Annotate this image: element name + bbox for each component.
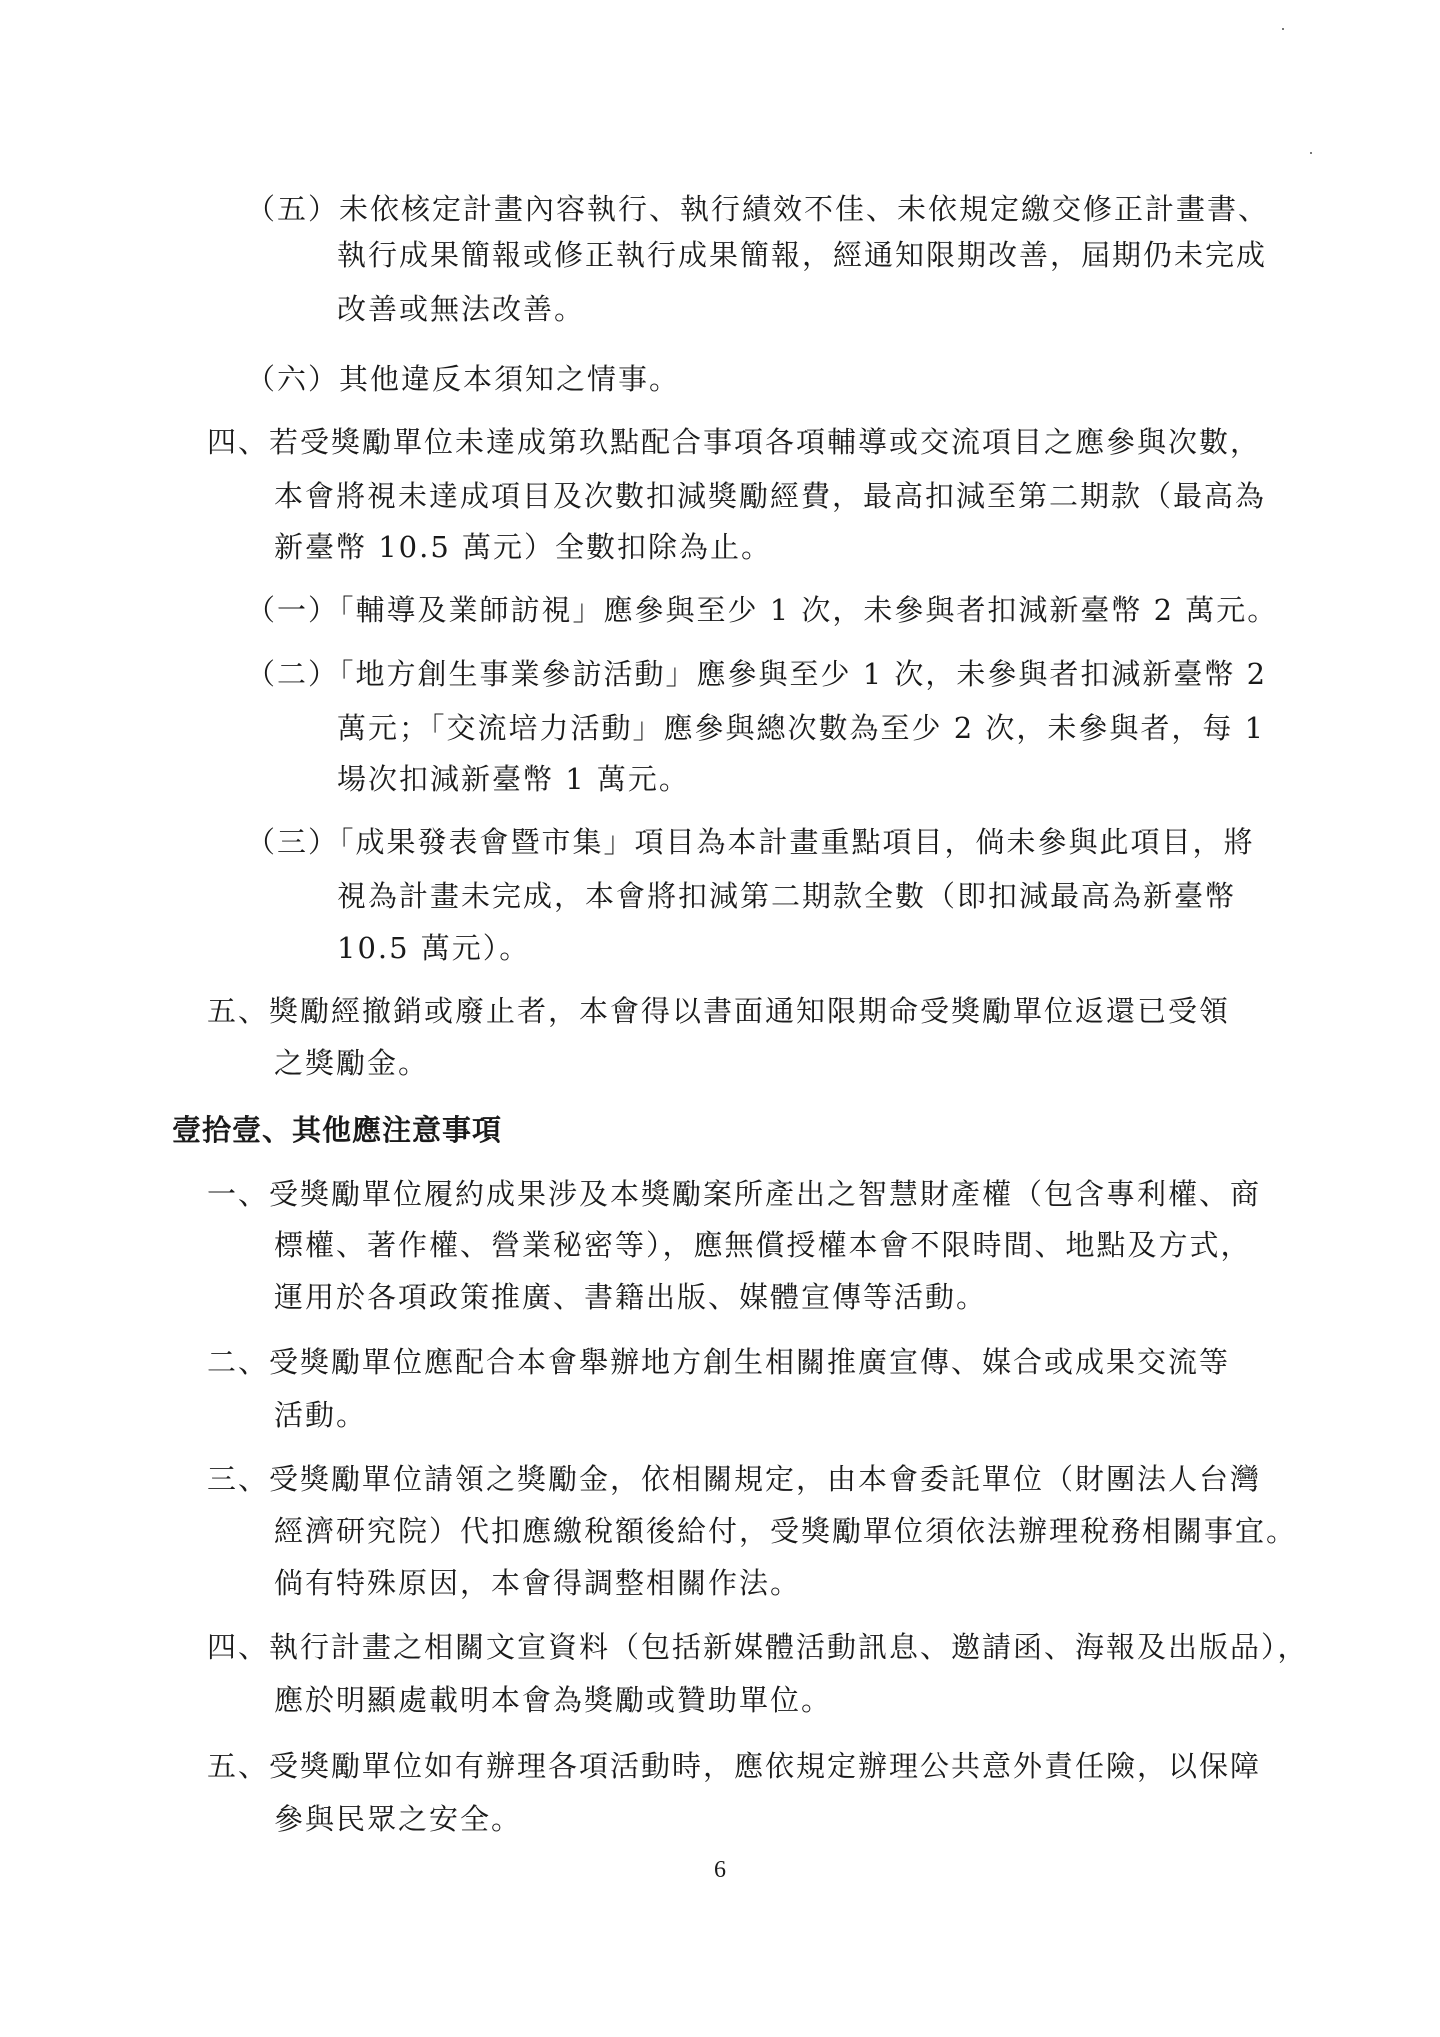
s11-item-1-line-2: 標權、著作權、營業秘密等），應無償授權本會不限時間、地點及方式， xyxy=(274,1228,1252,1262)
item-5-line-1: 五、獎勵經撤銷或廢止者，本會得以書面通知限期命受獎勵單位返還已受領 xyxy=(207,994,1230,1028)
page-number: 6 xyxy=(0,1857,1440,1884)
s11-item-2-line-1: 二、受獎勵單位應配合本會舉辦地方創生相關推廣宣傳、媒合或成果交流等 xyxy=(207,1345,1230,1379)
s11-item-1-line-3: 運用於各項政策推廣、書籍出版、媒體宣傳等活動。 xyxy=(274,1280,987,1314)
item-4-line-2: 本會將視未達成項目及次數扣減獎勵經費，最高扣減至第二期款（最高為 xyxy=(274,479,1266,513)
item-4-sub-1-line-1: （一）「輔導及業師訪視」應參與至少 1 次，未參與者扣減新臺幣 2 萬元。 xyxy=(246,593,1278,627)
item-4-sub-3-line-2: 視為計畫未完成，本會將扣減第二期款全數（即扣減最高為新臺幣 xyxy=(337,879,1236,913)
item-4-sub-3-line-3: 10.5 萬元）。 xyxy=(337,931,530,965)
s11-item-2-line-2: 活動。 xyxy=(274,1398,367,1432)
scan-artifact xyxy=(1282,28,1284,30)
scan-artifact xyxy=(1310,152,1312,154)
document-page: （五）未依核定計畫內容執行、執行績效不佳、未依規定繳交修正計畫書、 執行成果簡報… xyxy=(0,0,1440,2037)
item-4-line-1: 四、若受獎勵單位未達成第玖點配合事項各項輔導或交流項目之應參與次數， xyxy=(207,425,1261,459)
s11-item-3-line-1: 三、受獎勵單位請領之獎勵金，依相關規定，由本會委託單位（財團法人台灣 xyxy=(207,1462,1261,1496)
sub-6-line-1: （六）其他違反本須知之情事。 xyxy=(246,362,680,396)
s11-item-3-line-2: 經濟研究院）代扣應繳稅額後給付，受獎勵單位須依法辦理稅務相關事宜。 xyxy=(274,1514,1297,1548)
s11-item-4-line-2: 應於明顯處載明本會為獎勵或贊助單位。 xyxy=(274,1683,832,1717)
item-4-sub-3-line-1: （三）「成果發表會暨市集」項目為本計畫重點項目，倘未參與此項目，將 xyxy=(246,825,1255,859)
item-4-sub-2-line-3: 場次扣減新臺幣 1 萬元。 xyxy=(337,762,690,796)
sub-5-line-2: 執行成果簡報或修正執行成果簡報，經通知限期改善，屆期仍未完成 xyxy=(337,238,1267,272)
item-4-line-3: 新臺幣 10.5 萬元）全數扣除為止。 xyxy=(274,530,772,564)
s11-item-4-line-1: 四、執行計畫之相關文宣資料（包括新媒體活動訊息、邀請函、海報及出版品）， xyxy=(207,1630,1309,1664)
sub-5-line-3: 改善或無法改善。 xyxy=(337,292,585,326)
s11-item-1-line-1: 一、受獎勵單位履約成果涉及本獎勵案所產出之智慧財產權（包含專利權、商 xyxy=(207,1177,1261,1211)
s11-item-5-line-2: 參與民眾之安全。 xyxy=(274,1802,522,1836)
item-4-sub-2-line-1: （二）「地方創生事業參訪活動」應參與至少 1 次，未參與者扣減新臺幣 2 xyxy=(246,657,1267,691)
s11-item-3-line-3: 倘有特殊原因，本會得調整相關作法。 xyxy=(274,1566,801,1600)
sub-5-line-1: （五）未依核定計畫內容執行、執行績效不佳、未依規定繳交修正計畫書、 xyxy=(246,192,1269,226)
item-4-sub-2-line-2: 萬元；「交流培力活動」應參與總次數為至少 2 次，未參與者，每 1 xyxy=(337,711,1265,745)
item-5-line-2: 之獎勵金。 xyxy=(274,1046,429,1080)
s11-item-5-line-1: 五、受獎勵單位如有辦理各項活動時，應依規定辦理公共意外責任險，以保障 xyxy=(207,1749,1261,1783)
section-heading: 壹拾壹、其他應注意事項 xyxy=(172,1113,502,1147)
